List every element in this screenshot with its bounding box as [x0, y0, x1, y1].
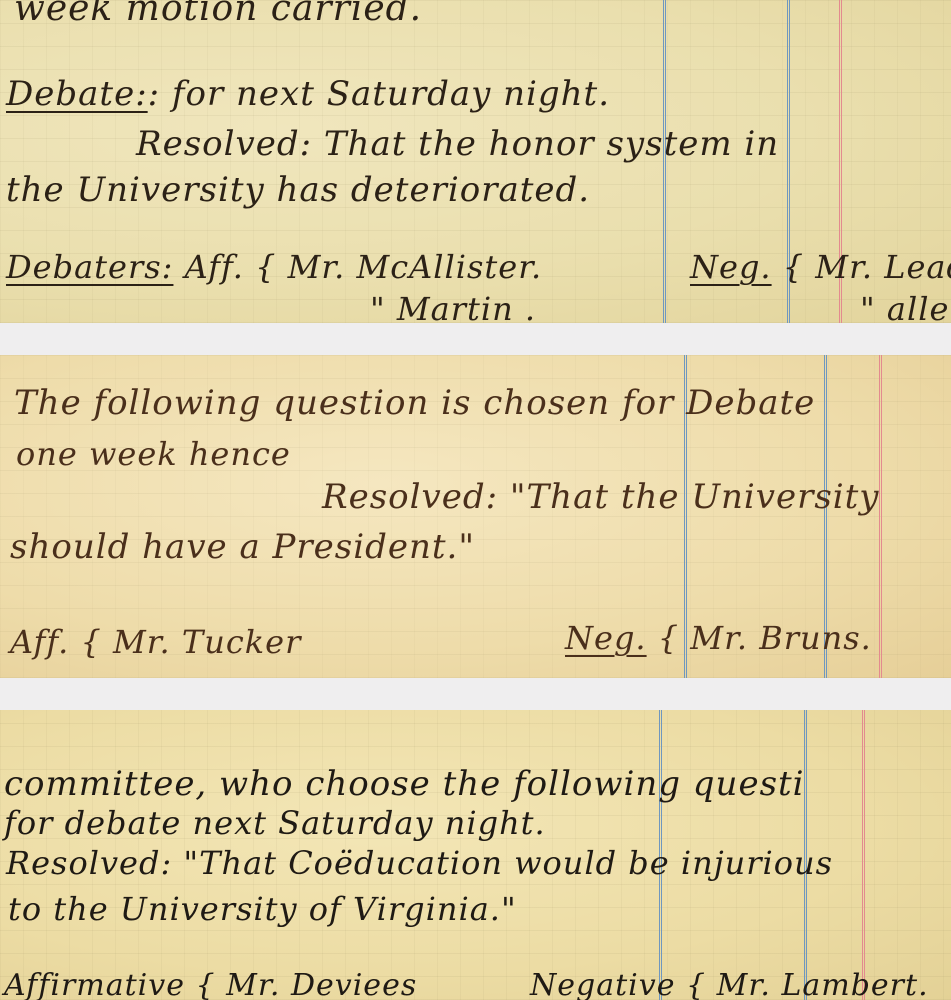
handwritten-line: Resolved: "That Coëducation would be inj… [6, 844, 833, 882]
handwritten-line: Debaters: Aff. { Mr. McAllister. [6, 248, 542, 286]
handwritten-line: should have a President." [10, 527, 475, 567]
handwritten-line: committee, who choose the following ques… [4, 764, 805, 804]
handwritten-negative: Neg. { Mr. Bruns. [565, 619, 872, 657]
handwritten-line: Affirmative { Mr. Deviees [4, 968, 417, 1000]
handwritten-line: one week hence [16, 435, 291, 473]
ledger-excerpt-2: The following question is chosen for Deb… [0, 355, 951, 678]
handwritten-negative: Neg. { Mr. Leadb [690, 248, 951, 286]
handwritten-line: for debate next Saturday night. [4, 804, 546, 842]
collage-gap [0, 323, 951, 355]
handwritten-line: " alle [860, 290, 949, 323]
ledger-excerpt-1: week motion carried. Debate:: for next S… [0, 0, 951, 323]
handwritten-negative: Negative { Mr. Lambert. [530, 968, 929, 1000]
section-label: Debaters: [6, 248, 173, 286]
section-label: Debate: [6, 74, 148, 114]
handwritten-line: The following question is chosen for Deb… [14, 383, 815, 423]
handwritten-line: Resolved: "That the University [322, 477, 880, 517]
ledger-excerpt-3: committee, who choose the following ques… [0, 710, 951, 1000]
handwritten-line: Resolved: That the honor system in [136, 124, 779, 164]
collage-gap [0, 678, 951, 710]
neg-label: Neg. [565, 619, 647, 657]
handwritten-line: the University has deteriorated. [6, 170, 590, 210]
handwritten-line: Debate:: for next Saturday night. [6, 74, 610, 114]
handwritten-line: Aff. { Mr. Tucker [10, 623, 301, 661]
neg-label: Negative [530, 968, 675, 1000]
neg-label: Neg. [690, 248, 772, 286]
handwritten-line: week motion carried. [14, 0, 422, 29]
handwritten-line: to the University of Virginia." [8, 890, 517, 928]
handwritten-line: " Martin . [370, 290, 536, 323]
red-margin-rule [862, 710, 865, 1000]
